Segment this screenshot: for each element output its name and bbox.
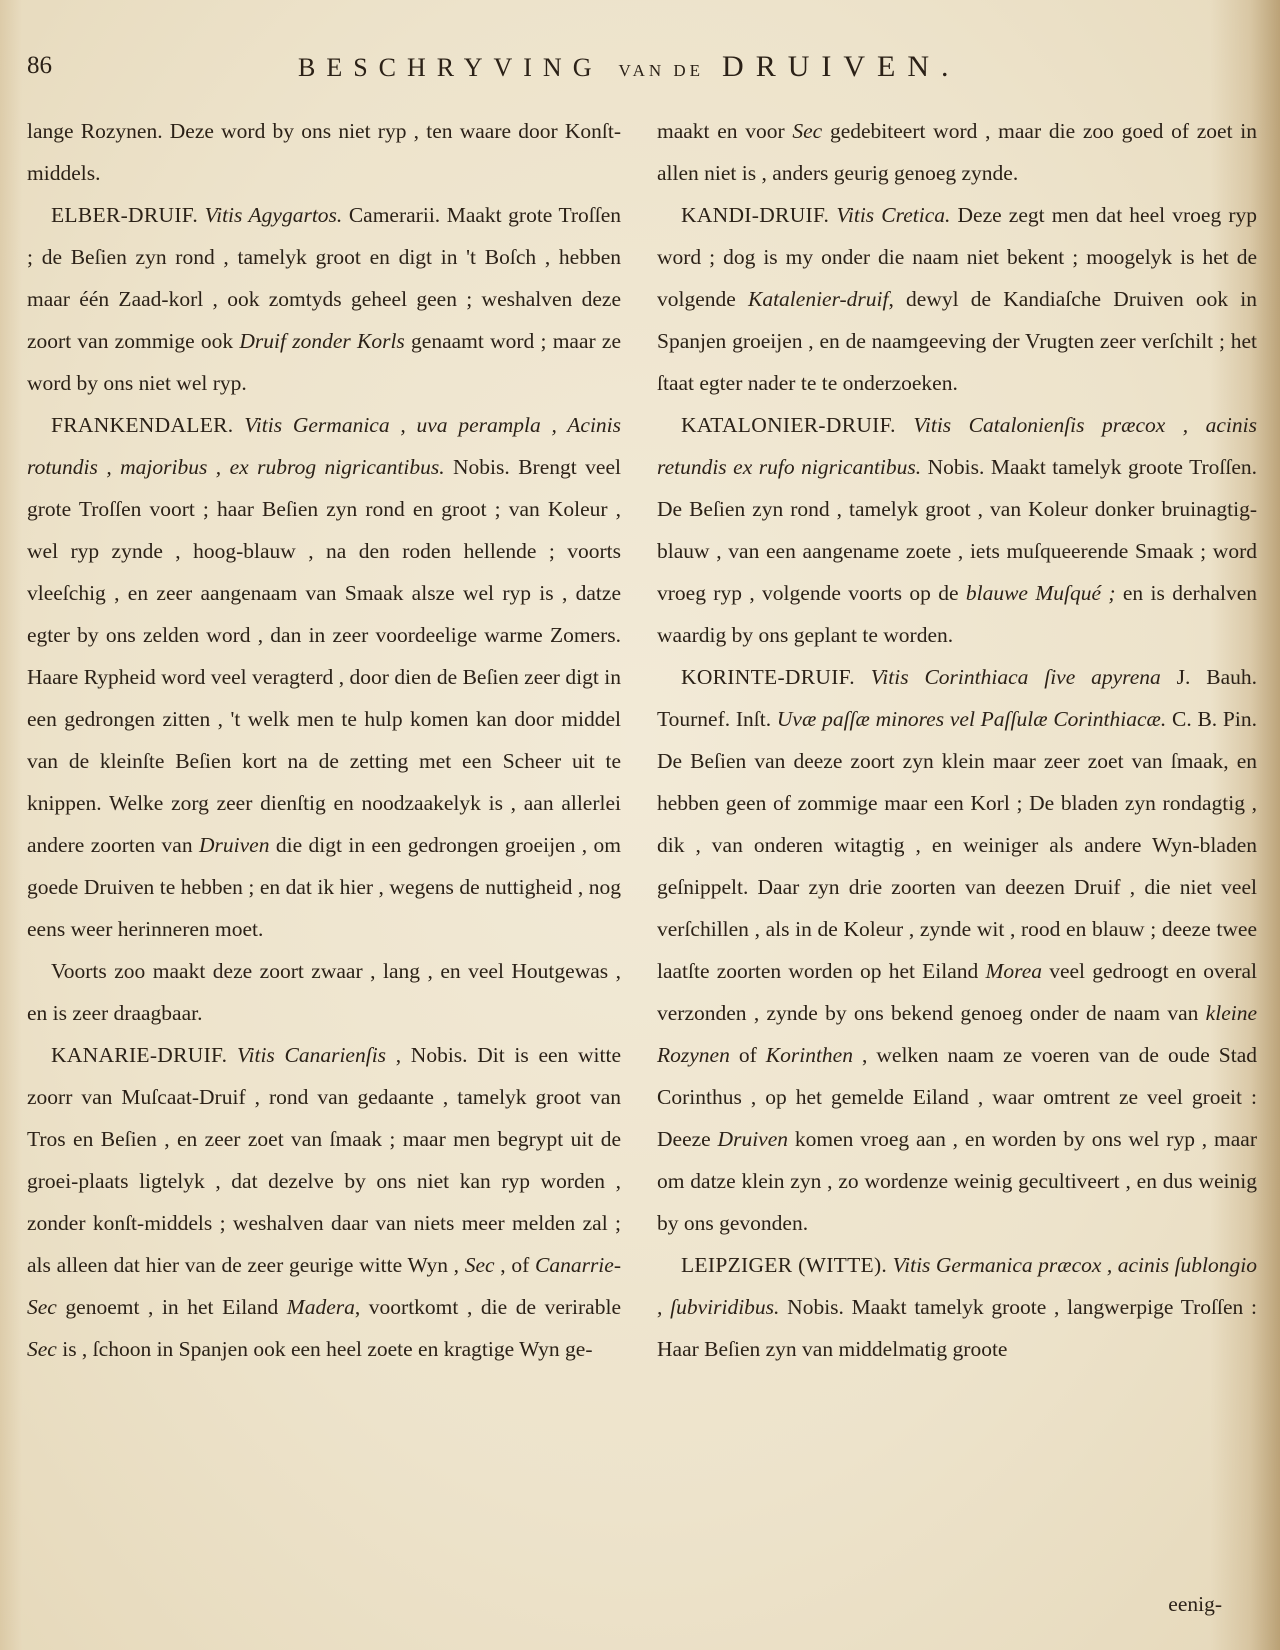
paragraph-voorts: Voorts zoo maakt deze zoort zwaar , lang… xyxy=(27,950,621,1034)
running-title-part3: DRUIVEN. xyxy=(722,50,961,83)
page-header: 86 BESCHRYVINGVAN DEDRUIVEN. xyxy=(0,48,1280,88)
entry-text: maakt en voor xyxy=(657,119,792,143)
latin-term: blauwe Muſqué ; xyxy=(966,581,1116,605)
entry-title: KORINTE-DRUIF. xyxy=(681,665,855,689)
latin-term: Uvæ paſſæ minores vel Paſſulæ Corinthiac… xyxy=(777,707,1166,731)
left-column: lange Rozynen. Deze word by ons niet ryp… xyxy=(27,110,621,1370)
latin-term: Katalenier-druif xyxy=(748,287,889,311)
entry-text: , Nobis. Dit is een witte zoorr van Muſc… xyxy=(27,1043,621,1277)
entry-text: , of xyxy=(495,1253,535,1277)
latin-name: Vitis Canarienſis xyxy=(237,1043,386,1067)
entry-title: ELBER-DRUIF. xyxy=(51,203,198,227)
latin-term: Druiven xyxy=(199,833,269,857)
latin-term: Sec xyxy=(792,119,822,143)
right-column: maakt en voor Sec gedebiteert word , maa… xyxy=(657,110,1257,1370)
latin-term: Druif zonder Korls xyxy=(239,329,404,353)
catchword: eenig- xyxy=(1168,1592,1222,1617)
page-number: 86 xyxy=(27,52,52,80)
entry-text: C. B. Pin. De Beſien van deeze zoort zyn… xyxy=(657,707,1257,983)
entry-text: , voortkomt , die de verirable xyxy=(355,1295,621,1319)
latin-term: Korinthen xyxy=(766,1043,853,1067)
running-title-part1: BESCHRYVING xyxy=(298,53,602,82)
entry-katalonier-druif: KATALONIER-DRUIF. Vitis Catalonienſis pr… xyxy=(657,404,1257,656)
entry-text: of xyxy=(730,1043,766,1067)
latin-term: Druiven xyxy=(718,1127,788,1151)
running-title: BESCHRYVINGVAN DEDRUIVEN. xyxy=(298,50,961,84)
latin-term: Sec xyxy=(27,1337,57,1361)
entry-kandi-druif: KANDI-DRUIF. Vitis Cretica. Deze zegt me… xyxy=(657,194,1257,404)
entry-text: is , ſchoon in Spanjen ook een heel zoet… xyxy=(57,1337,593,1361)
entry-title: KANDI-DRUIF. xyxy=(681,203,829,227)
latin-name: Vitis Agygartos. xyxy=(205,203,343,227)
entry-kanarie-druif: KANARIE-DRUIF. Vitis Canarienſis , Nobis… xyxy=(27,1034,621,1370)
entry-elber-druif: ELBER-DRUIF. Vitis Agygartos. Camerarii.… xyxy=(27,194,621,404)
latin-name: Vitis Corinthiaca ſive apyrena xyxy=(871,665,1161,689)
paragraph-continuation: lange Rozynen. Deze word by ons niet ryp… xyxy=(27,110,621,194)
latin-term: Sec xyxy=(465,1253,495,1277)
entry-title: FRANKENDALER. xyxy=(51,413,233,437)
latin-term: Morea xyxy=(985,959,1042,983)
entry-text: genoemt , in het Eiland xyxy=(57,1295,287,1319)
entry-title: LEIPZIGER (WITTE). xyxy=(681,1253,887,1277)
entry-leipziger-witte: LEIPZIGER (WITTE). Vitis Germanica præco… xyxy=(657,1244,1257,1370)
entry-title: KATALONIER-DRUIF. xyxy=(681,413,896,437)
entry-korinte-druif: KORINTE-DRUIF. Vitis Corinthiaca ſive ap… xyxy=(657,656,1257,1244)
entry-frankendaler: FRANKENDALER. Vitis Germanica , uva pera… xyxy=(27,404,621,950)
running-title-part2: VAN DE xyxy=(618,61,704,80)
book-page: 86 BESCHRYVINGVAN DEDRUIVEN. lange Rozyn… xyxy=(0,0,1280,1650)
latin-term: Madera xyxy=(287,1295,355,1319)
entry-title: KANARIE-DRUIF. xyxy=(51,1043,227,1067)
entry-text: Nobis. Brengt veel grote Troſſen voort ;… xyxy=(27,455,621,857)
latin-name: Vitis Cretica. xyxy=(836,203,950,227)
paragraph-continuation: maakt en voor Sec gedebiteert word , maa… xyxy=(657,110,1257,194)
